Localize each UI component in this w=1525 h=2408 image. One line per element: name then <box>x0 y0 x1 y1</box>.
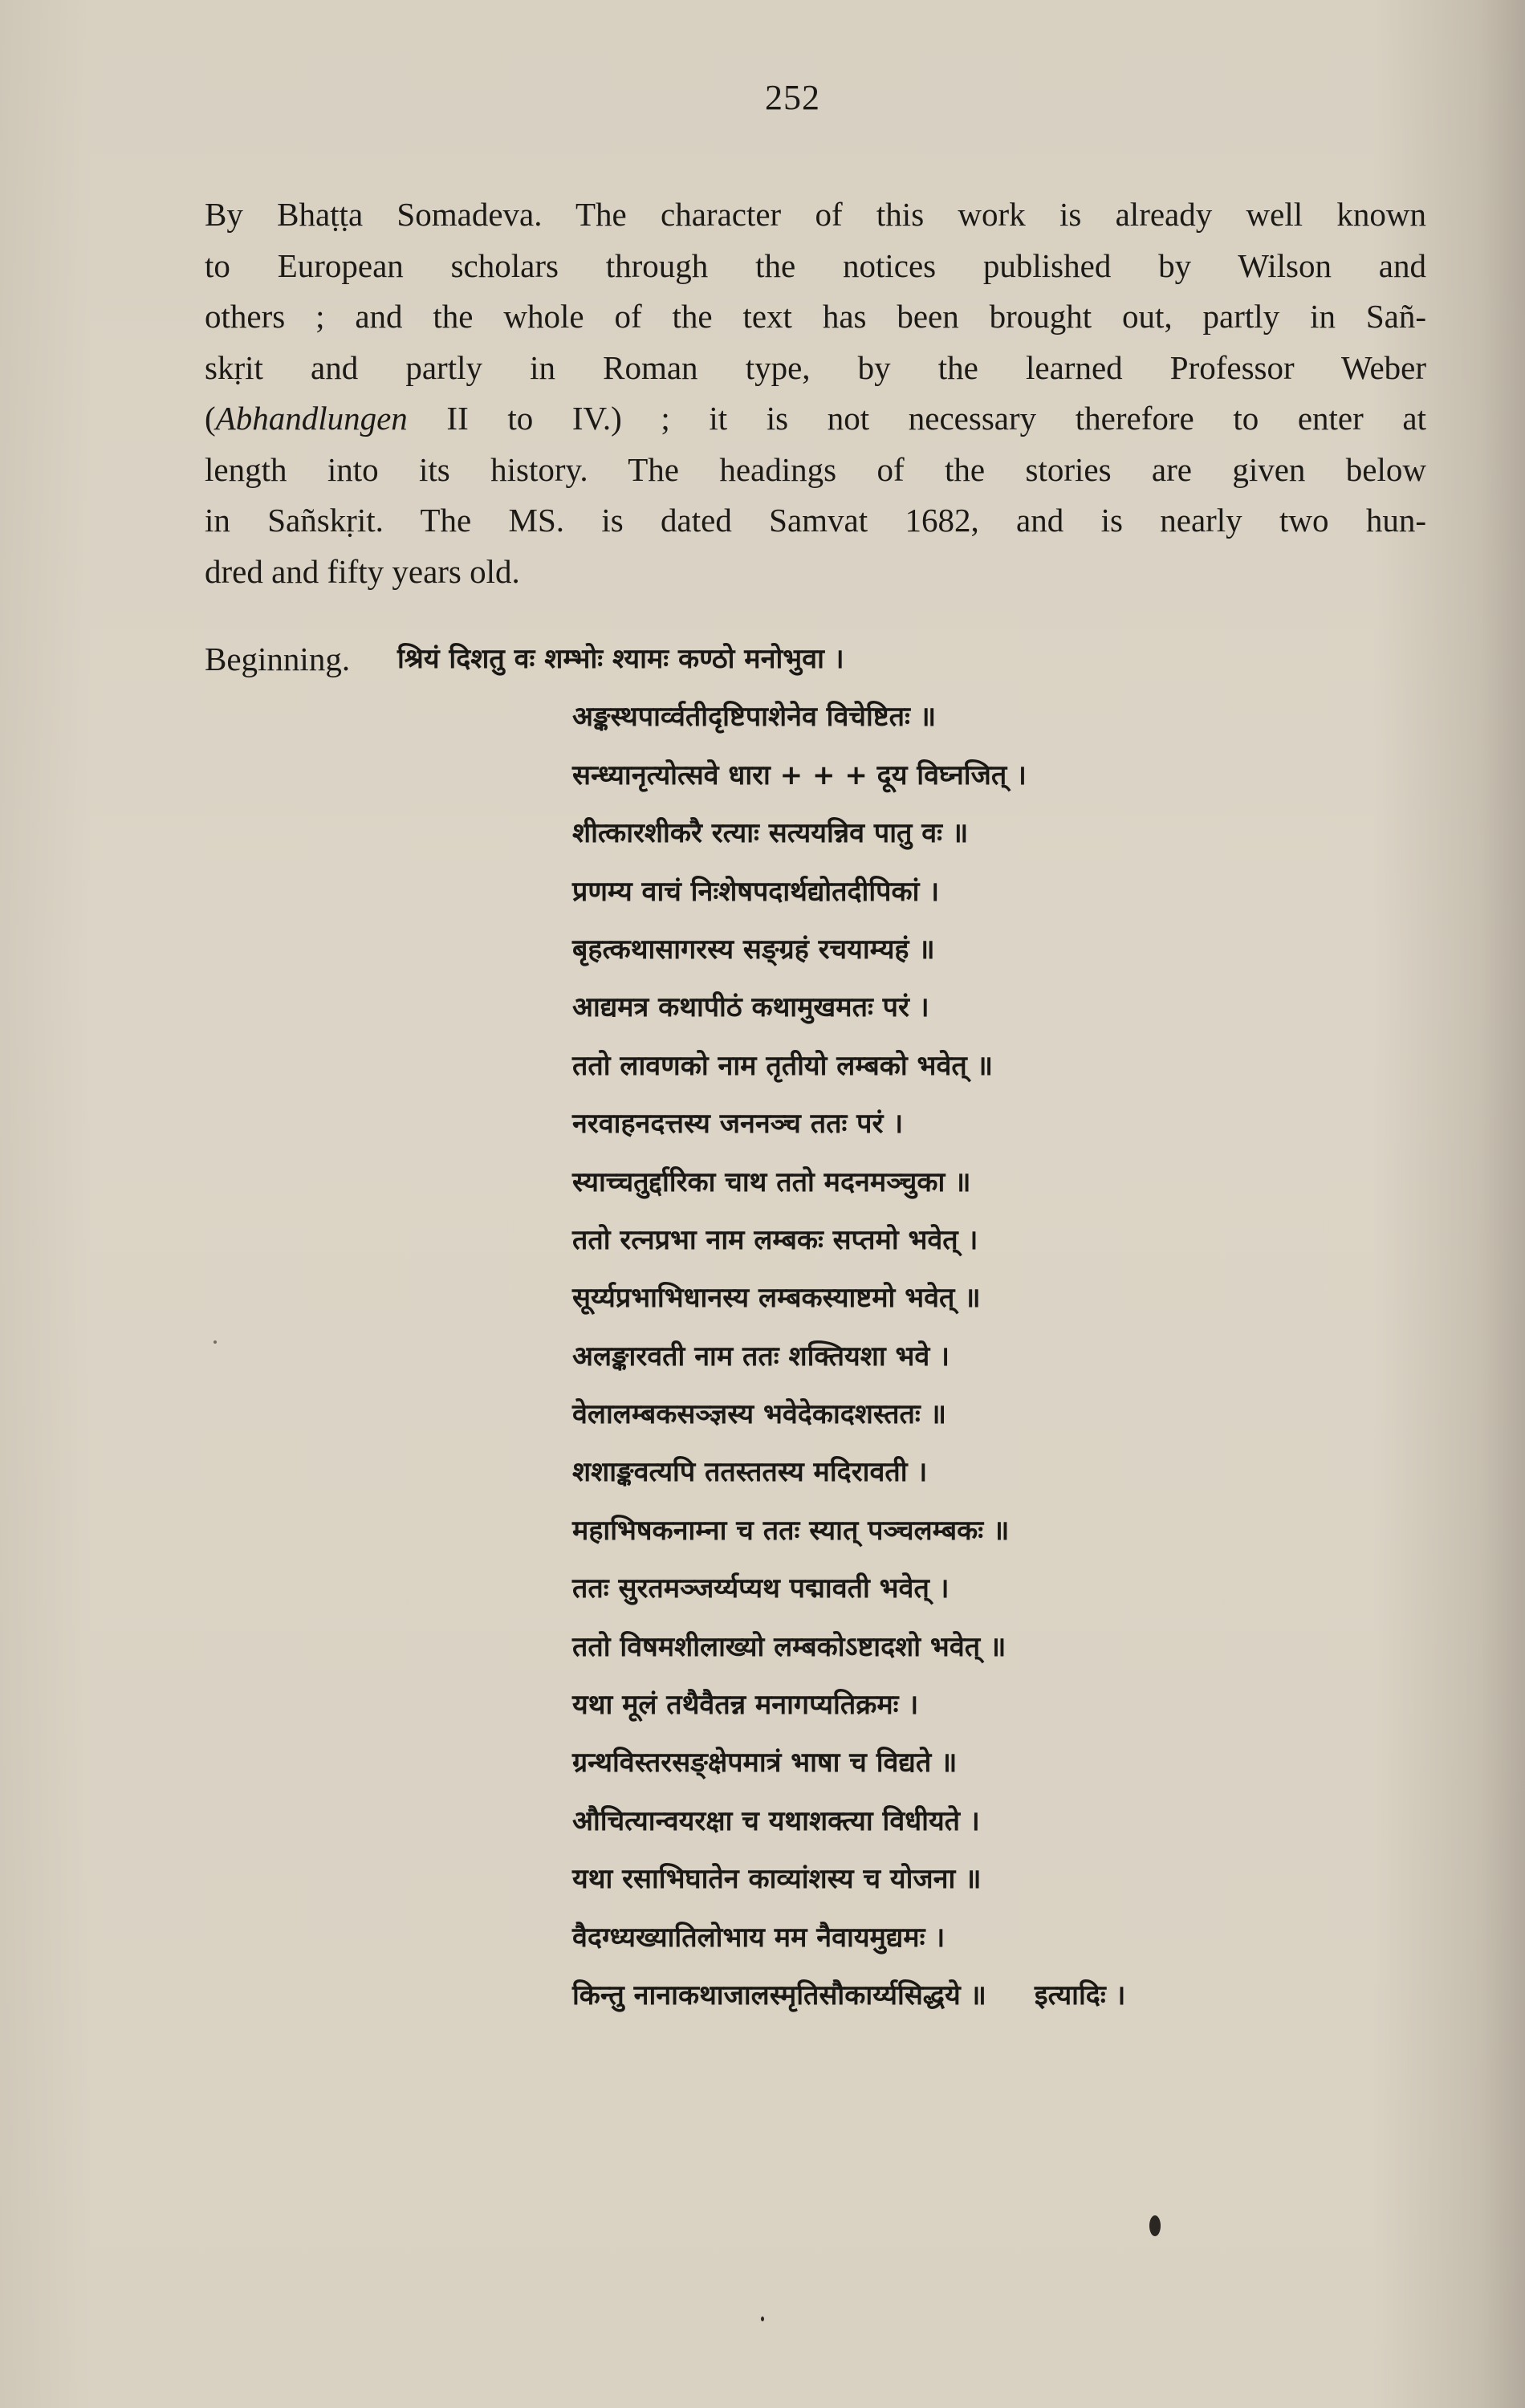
verse-line: बृहत्कथासागरस्य सङ्ग्रहं रचयाम्यहं ॥ <box>397 925 1360 982</box>
verse-line: औचित्यान्वयरक्षा च यथाशक्त्या विधीयते । <box>397 1796 1360 1854</box>
verse-line: यथा रसाभिघातेन काव्यांशस्य च योजना ॥ <box>397 1854 1360 1912</box>
verse-line: सन्ध्यानृत्योत्सवे धारा + + + दूय विघ्नज… <box>397 750 1360 808</box>
closing-text: इत्यादिः । <box>1035 1979 1126 2011</box>
paragraph-line-with-italic: (Abhandlungen II to IV.) ; it is not nec… <box>205 393 1426 445</box>
intro-paragraph: By Bhaṭṭa Somadeva. The character of thi… <box>205 189 1426 597</box>
ink-speck <box>213 1340 217 1344</box>
italic-title: Abhandlungen <box>216 400 408 437</box>
ink-speck <box>761 2316 764 2321</box>
ink-speck <box>1149 2215 1161 2236</box>
paragraph-line: dred and fifty years old. <box>205 547 1426 598</box>
verse-line: ततो रत्नप्रभा नाम लम्बकः सप्तमो भवेत् । <box>397 1215 1360 1273</box>
verse-line: शशाङ्कवत्यपि ततस्ततस्य मदिरावती । <box>397 1447 1360 1505</box>
verse-line: वैदग्ध्यख्यातिलोभाय मम नैवायमुद्यमः । <box>397 1913 1360 1971</box>
paragraph-line: By Bhaṭṭa Somadeva. The character of thi… <box>205 189 1426 241</box>
verse-line: अलङ्कारवती नाम ततः शक्तियशा भवे । <box>397 1332 1360 1389</box>
paragraph-line: to European scholars through the notices… <box>205 241 1426 292</box>
verse-line: शीत्कारशीकरै रत्याः सत्ययन्निव पातु वः ॥ <box>397 808 1360 866</box>
beginning-label: Beginning. <box>205 634 350 685</box>
verse-line: ततः सुरतमञ्जर्य्यप्यथ पद्मावती भवेत् । <box>397 1564 1360 1621</box>
verse-line: आद्यमत्र कथापीठं कथामुखमतः परं । <box>397 982 1360 1040</box>
paragraph-line: others ; and the whole of the text has b… <box>205 291 1426 343</box>
verse-line: यथा मूलं तथैवैतन्न मनागप्यतिक्रमः । <box>397 1680 1360 1738</box>
verse-line: नरवाहनदत्तस्य जननञ्च ततः परं । <box>397 1099 1360 1157</box>
verse-line: ग्रन्थविस्तरसङ्क्षेपमात्रं भाषा च विद्यत… <box>397 1738 1360 1796</box>
verse-line: ततो लावणको नाम तृतीयो लम्बको भवेत् ॥ <box>397 1041 1360 1099</box>
page-number: 252 <box>0 77 1525 118</box>
paragraph-line-rest: II to IV.) ; it is not necessary therefo… <box>408 400 1426 437</box>
verse-line: सूर्य्यप्रभाभिधानस्य लम्बकस्याष्टमो भवेत… <box>397 1273 1360 1331</box>
verse-line: वेलालम्बकसञ्ज्ञस्य भवेदेकादशस्ततः ॥ <box>397 1389 1360 1447</box>
verse-line-final: किन्तु नानाकथाजालस्मृतिसौकार्य्यसिद्धये … <box>397 1971 1360 2028</box>
verse-text: किन्तु नानाकथाजालस्मृतिसौकार्य्यसिद्धये … <box>572 1979 986 2011</box>
verse-line: ततो विषमशीलाख्यो लम्बकोऽष्टादशो भवेत् ॥ <box>397 1622 1360 1680</box>
verse-line: महाभिषकनाम्ना च ततः स्यात् पञ्चलम्बकः ॥ <box>397 1506 1360 1564</box>
verse-line: स्याच्चतुर्द्दारिका चाथ ततो मदनमञ्चुका ॥ <box>397 1157 1360 1215</box>
sanskrit-verses: श्रियं दिशतु वः शम्भोः श्यामः कण्ठो मनोभ… <box>397 634 1360 2028</box>
verse-line: प्रणम्य वाचं निःशेषपदार्थद्योतदीपिकां । <box>397 867 1360 925</box>
paragraph-line: length into its history. The headings of… <box>205 445 1426 496</box>
paragraph-line: skṛit and partly in Roman type, by the l… <box>205 343 1426 394</box>
verse-line: श्रियं दिशतु वः शम्भोः श्यामः कण्ठो मनोभ… <box>397 634 1360 692</box>
verse-line: अङ्कस्थपार्व्वतीदृष्टिपाशेनेव विचेष्टितः… <box>397 692 1360 750</box>
paragraph-line: in Sañskṛit. The MS. is dated Samvat 168… <box>205 495 1426 547</box>
